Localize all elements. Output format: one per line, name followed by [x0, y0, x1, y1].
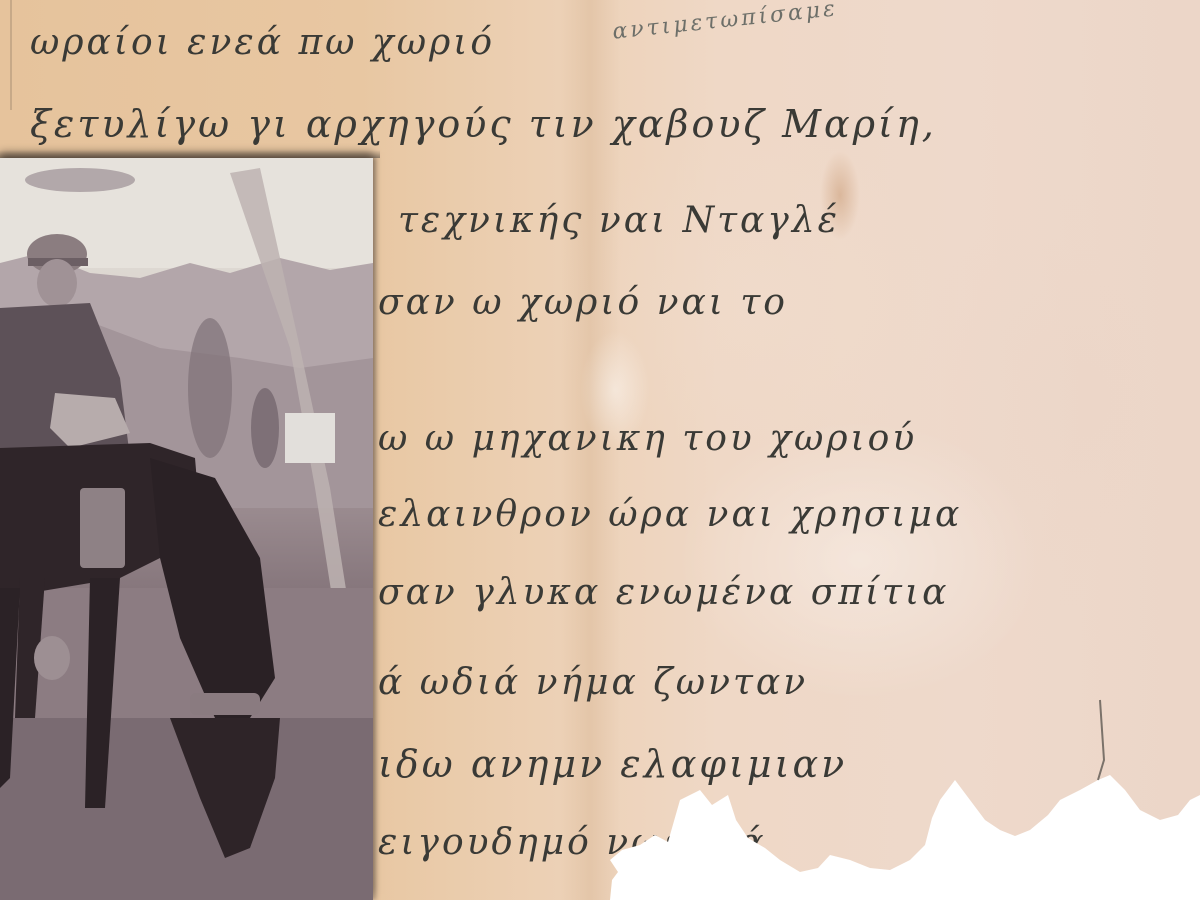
photo-shadow — [0, 150, 380, 158]
inset-photo — [0, 158, 373, 900]
soldier-on-horse-photo — [0, 158, 373, 900]
